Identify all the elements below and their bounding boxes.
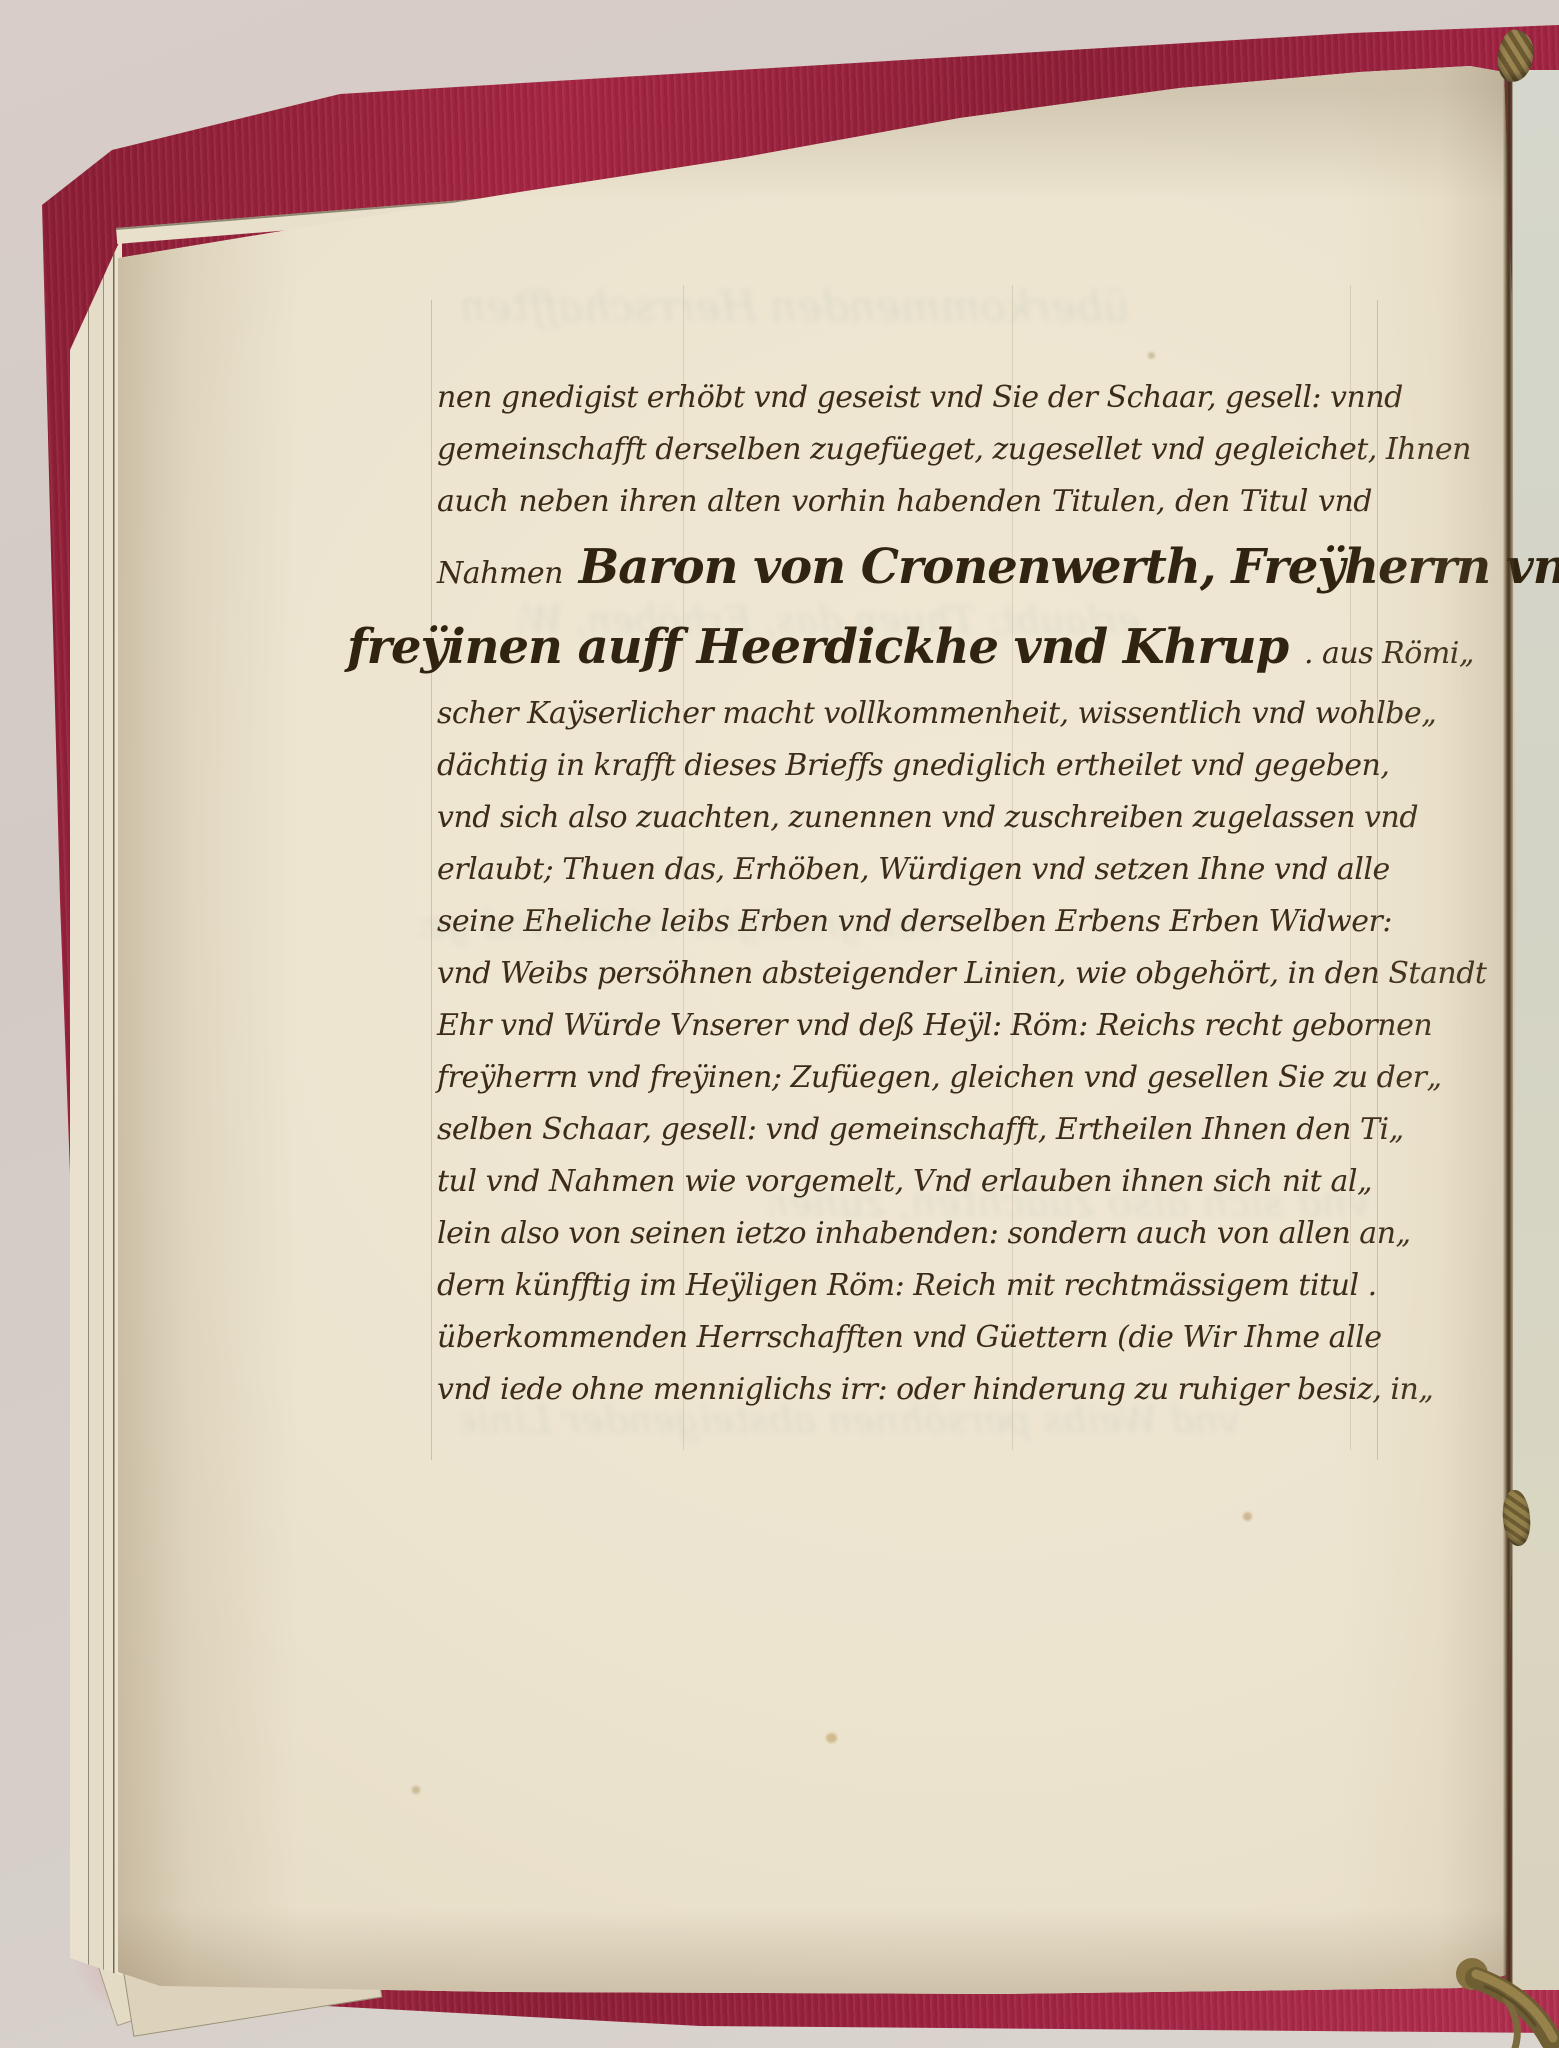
gold-tassel-cord-icon [1438,1946,1559,2048]
manuscript-line-title: Nahmen Baron von Cronenwerth, Freÿherrn … [437,528,1372,606]
foxing-spot [1148,352,1155,359]
manuscript-line: freÿherrn vnd freÿinen; Zufüegen, gleich… [437,1052,1372,1104]
fore-edge-leaf-stack [1512,70,1559,1990]
manuscript-line: vnd sich also zuachten, zunennen vnd zus… [437,792,1372,844]
manuscript-line-title: freÿinen auff Heerdickhe vnd Khrup . aus… [347,606,1372,688]
foxing-spot [826,1733,837,1743]
manuscript-line: scher Kaÿserlicher macht vollkommenheit,… [437,688,1372,740]
manuscript-line: vnd iede ohne menniglichs irr: oder hind… [437,1364,1372,1416]
manuscript-line: dern künfftig im Heÿligen Röm: Reich mit… [437,1260,1372,1312]
photographed-book-scan: überkommenden Herrschafften vnd Güettern… [0,0,1559,2048]
foxing-spot [1243,1512,1252,1521]
manuscript-line: seine Eheliche leibs Erben vnd derselben… [437,896,1372,948]
foxing-spot [412,1786,420,1794]
title-name-text: freÿinen auff Heerdickhe vnd Khrup [347,619,1288,675]
manuscript-line: tul vnd Nahmen wie vorgemelt, Vnd erlaub… [437,1156,1372,1208]
left-margin-rule [431,300,432,1460]
manuscript-line: erlaubt; Thuen das, Erhöben, Würdigen vn… [437,844,1372,896]
turned-leaves-gutter-edges [70,200,122,1990]
manuscript-line: lein also von seinen ietzo inhabenden: s… [437,1208,1372,1260]
manuscript-line: selben Schaar, gesell: vnd gemeinschafft… [437,1104,1372,1156]
manuscript-line: überkommenden Herrschafften vnd Güettern… [437,1312,1372,1364]
manuscript-text-block: nen gnedigist erhöbt vnd geseist vnd Sie… [437,372,1372,1416]
page-fore-edge-line [1503,70,1513,1988]
manuscript-line: vnd Weibs persöhnen absteigender Linien,… [437,948,1372,1000]
manuscript-line: Ehr vnd Würde Vnserer vnd deß Heÿl: Röm:… [437,1000,1372,1052]
manuscript-line: auch neben ihren alten vorhin habenden T… [437,476,1372,528]
manuscript-line: dächtig in krafft dieses Brieffs gnedigl… [437,740,1372,792]
title-name-text: Baron von Cronenwerth, Freÿherrn vnd [579,539,1559,595]
line-prefix: Nahmen [437,556,563,591]
manuscript-line: nen gnedigist erhöbt vnd geseist vnd Sie… [437,372,1372,424]
manuscript-line: gemeinschafft derselben zugefüeget, zuge… [437,424,1372,476]
line-suffix: . aus Römi„ [1304,636,1474,671]
